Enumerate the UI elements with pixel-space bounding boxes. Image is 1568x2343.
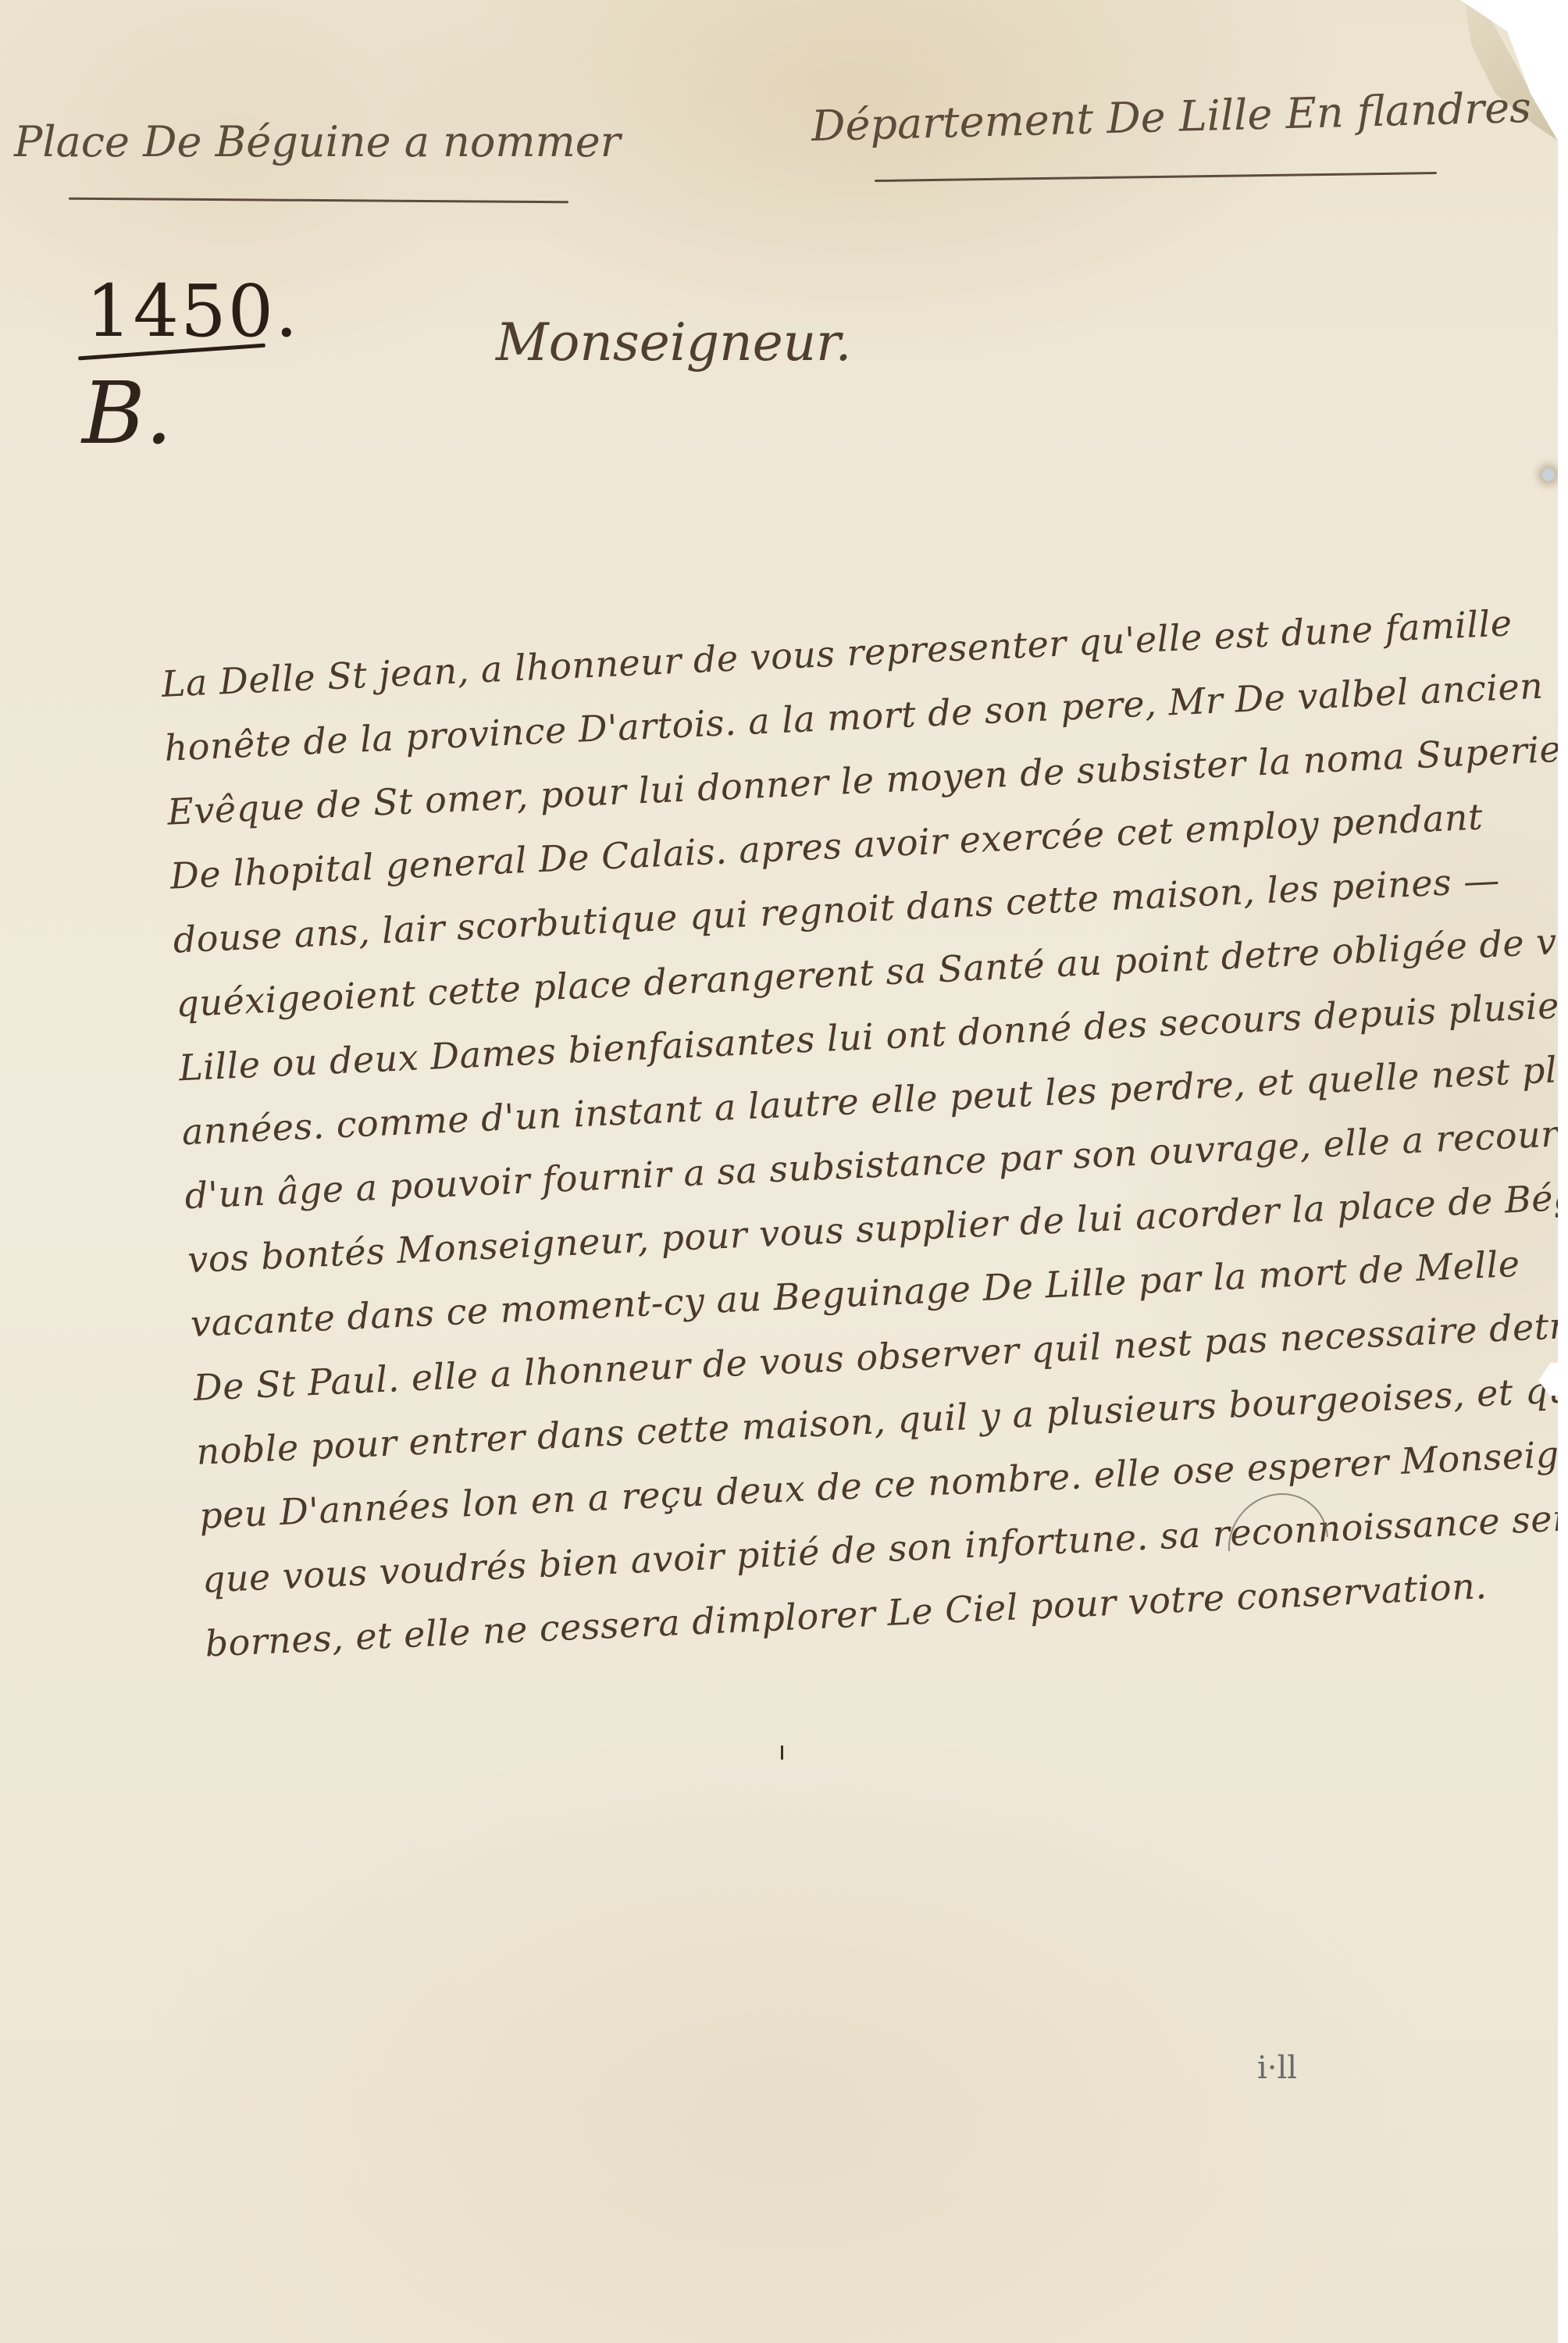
- reference-number: 1450.: [86, 269, 299, 353]
- header-left-underline: [69, 198, 568, 203]
- paper-hole-spot: [1542, 469, 1555, 481]
- salutation: Monseigneur.: [496, 312, 851, 373]
- manuscript-page: Place De Béguine a nommer Département De…: [0, 0, 1558, 2343]
- header-right-underline: [875, 172, 1437, 182]
- ink-mark: [781, 1746, 783, 1760]
- reference-initial: B.: [82, 363, 173, 463]
- pencil-annotation: i·ll: [1257, 2050, 1297, 2086]
- header-left-title: Place De Béguine a nommer: [14, 117, 621, 166]
- header-right-title: Département De Lille En flandres: [811, 83, 1531, 151]
